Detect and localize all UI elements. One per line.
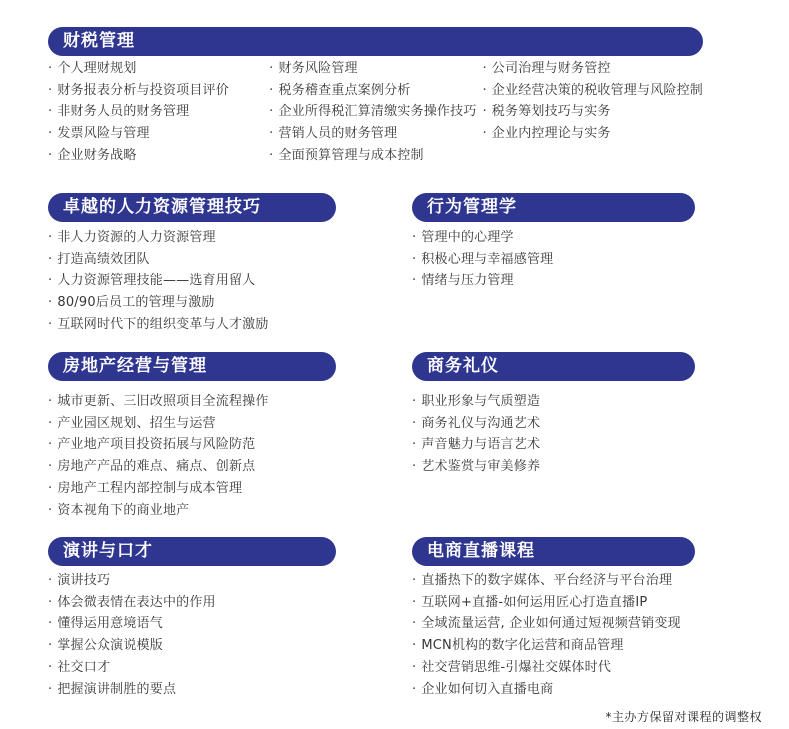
- section-header-pill: 卓越的人力资源管理技巧: [48, 193, 336, 222]
- course-item-label: 产业地产项目投资拓展与风险防范: [57, 437, 255, 452]
- course-item: ·体会微表情在表达中的作用: [48, 592, 336, 614]
- course-list: ·演讲技巧 ·体会微表情在表达中的作用 ·懂得运用意境语气 ·掌握公众演说模版 …: [48, 570, 336, 700]
- bullet-dot: ·: [48, 660, 52, 675]
- course-item: ·产业地产项目投资拓展与风险防范: [48, 434, 336, 456]
- course-item-label: 企业内控理论与实务: [492, 126, 611, 141]
- bullet-dot: ·: [48, 481, 52, 496]
- course-item-label: 财务风险管理: [279, 61, 358, 76]
- course-item: ·企业如何切入直播电商: [412, 679, 695, 701]
- course-item: ·财务风险管理: [269, 58, 482, 80]
- bullet-dot: ·: [48, 83, 52, 98]
- course-item-label: 社交营销思维-引爆社交媒体时代: [421, 660, 611, 675]
- section-header-pill: 行为管理学: [412, 193, 695, 222]
- bullet-dot: ·: [48, 252, 52, 267]
- course-item-label: 财务报表分析与投资项目评价: [57, 83, 229, 98]
- course-item: ·直播热下的数字媒体、平台经济与平台治理: [412, 570, 695, 592]
- course-list: ·非人力资源的人力资源管理 ·打造高绩效团队 ·人力资源管理技能——选育用留人 …: [48, 227, 336, 336]
- course-item: ·懂得运用意境语气: [48, 613, 336, 635]
- course-item-label: 企业经营决策的税收管理与风险控制: [492, 83, 703, 98]
- section-title: 房地产经营与管理: [63, 358, 207, 375]
- course-item-label: 管理中的心理学: [421, 230, 513, 245]
- course-item: ·打造高绩效团队: [48, 249, 336, 271]
- bullet-dot: ·: [48, 61, 52, 76]
- section-hr-skills: 卓越的人力资源管理技巧 ·非人力资源的人力资源管理 ·打造高绩效团队 ·人力资源…: [48, 193, 336, 336]
- bullet-dot: ·: [412, 638, 416, 653]
- course-item: ·资本视角下的商业地产: [48, 500, 336, 522]
- course-item: ·税务筹划技巧与实务: [482, 101, 703, 123]
- bullet-dot: ·: [48, 416, 52, 431]
- bullet-dot: ·: [412, 595, 416, 610]
- course-item-label: 人力资源管理技能——选育用留人: [57, 273, 255, 288]
- course-item-label: 税务筹划技巧与实务: [492, 104, 611, 119]
- course-item: ·管理中的心理学: [412, 227, 695, 249]
- course-item: ·社交营销思维-引爆社交媒体时代: [412, 657, 695, 679]
- course-item-label: 互联网时代下的组织变革与人才激励: [57, 317, 268, 332]
- course-item-label: 掌握公众演说模版: [57, 638, 163, 653]
- course-item-label: 产业园区规划、招生与运营: [57, 416, 215, 431]
- course-item-label: 公司治理与财务管控: [492, 61, 611, 76]
- course-item: ·发票风险与管理: [48, 123, 269, 145]
- course-item: ·非人力资源的人力资源管理: [48, 227, 336, 249]
- section-header-pill: 电商直播课程: [412, 537, 695, 566]
- course-item-label: 营销人员的财务管理: [279, 126, 398, 141]
- section-title: 电商直播课程: [427, 543, 535, 560]
- section-title: 财税管理: [63, 33, 135, 50]
- bullet-dot: ·: [269, 148, 273, 163]
- bullet-dot: ·: [412, 273, 416, 288]
- course-item: ·营销人员的财务管理: [269, 123, 482, 145]
- course-item: ·公司治理与财务管控: [482, 58, 703, 80]
- course-item-label: 社交口才: [57, 660, 110, 675]
- course-list: ·城市更新、三旧改照项目全流程操作 ·产业园区规划、招生与运营 ·产业地产项目投…: [48, 391, 336, 521]
- course-item: ·产业园区规划、招生与运营: [48, 413, 336, 435]
- course-item: ·职业形象与气质塑造: [412, 391, 695, 413]
- course-item-label: 互联网+直播-如何运用匠心打造直播IP: [421, 595, 647, 610]
- course-item-label: 声音魅力与语言艺术: [421, 437, 540, 452]
- section-title: 演讲与口才: [63, 543, 153, 560]
- bullet-dot: ·: [412, 660, 416, 675]
- course-item-label: 体会微表情在表达中的作用: [57, 595, 215, 610]
- bullet-dot: ·: [48, 595, 52, 610]
- course-item-label: 企业所得税汇算清缴实务操作技巧: [279, 104, 477, 119]
- bullet-dot: ·: [48, 126, 52, 141]
- course-item: ·MCN机构的数字化运营和商品管理: [412, 635, 695, 657]
- bullet-dot: ·: [412, 394, 416, 409]
- bullet-dot: ·: [48, 459, 52, 474]
- section-speech-eloquence: 演讲与口才 ·演讲技巧 ·体会微表情在表达中的作用 ·懂得运用意境语气 ·掌握公…: [48, 537, 336, 700]
- bullet-dot: ·: [48, 638, 52, 653]
- course-item-label: 直播热下的数字媒体、平台经济与平台治理: [421, 573, 672, 588]
- course-item: ·互联网+直播-如何运用匠心打造直播IP: [412, 592, 695, 614]
- course-item: ·城市更新、三旧改照项目全流程操作: [48, 391, 336, 413]
- bullet-dot: ·: [482, 83, 486, 98]
- section-business-etiquette: 商务礼仪 ·职业形象与气质塑造 ·商务礼仪与沟通艺术 ·声音魅力与语言艺术 ·艺…: [412, 352, 695, 478]
- course-item-label: 职业形象与气质塑造: [421, 394, 540, 409]
- course-list: ·职业形象与气质塑造 ·商务礼仪与沟通艺术 ·声音魅力与语言艺术 ·艺术鉴赏与审…: [412, 391, 695, 478]
- course-item: ·艺术鉴赏与审美修养: [412, 456, 695, 478]
- section-header-pill: 商务礼仪: [412, 352, 695, 381]
- section-behavior-management: 行为管理学 ·管理中的心理学 ·积极心理与幸福感管理 ·情绪与压力管理: [412, 193, 695, 292]
- bullet-dot: ·: [269, 61, 273, 76]
- course-item-label: 非财务人员的财务管理: [57, 104, 189, 119]
- bullet-dot: ·: [48, 573, 52, 588]
- bullet-dot: ·: [48, 503, 52, 518]
- bullet-dot: ·: [482, 104, 486, 119]
- section-title: 商务礼仪: [427, 358, 499, 375]
- course-item-label: 商务礼仪与沟通艺术: [421, 416, 540, 431]
- course-item-label: 情绪与压力管理: [421, 273, 513, 288]
- bullet-dot: ·: [412, 230, 416, 245]
- bullet-dot: ·: [48, 104, 52, 119]
- course-item: ·互联网时代下的组织变革与人才激励: [48, 314, 336, 336]
- course-item-label: 房地产产品的难点、痛点、创新点: [57, 459, 255, 474]
- course-item: ·声音魅力与语言艺术: [412, 434, 695, 456]
- course-item: ·全面预算管理与成本控制: [269, 145, 482, 167]
- bullet-dot: ·: [412, 437, 416, 452]
- course-item: ·掌握公众演说模版: [48, 635, 336, 657]
- bullet-dot: ·: [48, 682, 52, 697]
- course-item-label: 把握演讲制胜的要点: [57, 682, 176, 697]
- bullet-dot: ·: [48, 394, 52, 409]
- course-item-label: 税务稽查重点案例分析: [279, 83, 411, 98]
- bullet-dot: ·: [48, 616, 52, 631]
- course-item: ·商务礼仪与沟通艺术: [412, 413, 695, 435]
- course-item: ·积极心理与幸福感管理: [412, 249, 695, 271]
- course-list: ·个人理财规划 ·财务报表分析与投资项目评价 ·非财务人员的财务管理 ·发票风险…: [48, 58, 269, 167]
- course-item-label: 全域流量运营, 企业如何通过短视频营销变现: [421, 616, 680, 631]
- bullet-dot: ·: [48, 230, 52, 245]
- course-item-label: 企业财务战略: [57, 148, 136, 163]
- course-item-label: 80/90后员工的管理与激励: [57, 295, 214, 310]
- course-item-label: 打造高绩效团队: [57, 252, 149, 267]
- course-item-label: 资本视角下的商业地产: [57, 503, 189, 518]
- course-item-label: 房地产工程内部控制与成本管理: [57, 481, 242, 496]
- course-item-label: 发票风险与管理: [57, 126, 149, 141]
- course-item: ·个人理财规划: [48, 58, 269, 80]
- bullet-dot: ·: [48, 295, 52, 310]
- section-title: 卓越的人力资源管理技巧: [63, 199, 261, 216]
- bullet-dot: ·: [482, 126, 486, 141]
- section-header-pill: 财税管理: [48, 27, 703, 56]
- section-header-pill: 房地产经营与管理: [48, 352, 336, 381]
- bullet-dot: ·: [269, 83, 273, 98]
- course-item: ·房地产工程内部控制与成本管理: [48, 478, 336, 500]
- bullet-dot: ·: [48, 437, 52, 452]
- bullet-dot: ·: [412, 682, 416, 697]
- course-item-label: 企业如何切入直播电商: [421, 682, 553, 697]
- course-list: ·管理中的心理学 ·积极心理与幸福感管理 ·情绪与压力管理: [412, 227, 695, 292]
- course-item: ·把握演讲制胜的要点: [48, 679, 336, 701]
- course-item-label: 全面预算管理与成本控制: [279, 148, 424, 163]
- course-item: ·演讲技巧: [48, 570, 336, 592]
- footnote: *主办方保留对课程的调整权: [605, 708, 762, 725]
- course-list: ·直播热下的数字媒体、平台经济与平台治理 ·互联网+直播-如何运用匠心打造直播I…: [412, 570, 695, 700]
- course-list: ·公司治理与财务管控 ·企业经营决策的税收管理与风险控制 ·税务筹划技巧与实务 …: [482, 58, 703, 167]
- course-item-label: MCN机构的数字化运营和商品管理: [421, 638, 623, 653]
- bullet-dot: ·: [48, 148, 52, 163]
- course-item: ·税务稽查重点案例分析: [269, 80, 482, 102]
- bullet-dot: ·: [482, 61, 486, 76]
- section-header-pill: 演讲与口才: [48, 537, 336, 566]
- course-item: ·情绪与压力管理: [412, 270, 695, 292]
- course-catalog-page: 财税管理 ·个人理财规划 ·财务报表分析与投资项目评价 ·非财务人员的财务管理 …: [0, 0, 789, 729]
- course-item-label: 演讲技巧: [57, 573, 110, 588]
- course-item: ·80/90后员工的管理与激励: [48, 292, 336, 314]
- course-item: ·企业财务战略: [48, 145, 269, 167]
- course-item-label: 艺术鉴赏与审美修养: [421, 459, 540, 474]
- course-item: ·企业所得税汇算清缴实务操作技巧: [269, 101, 482, 123]
- course-item-label: 非人力资源的人力资源管理: [57, 230, 215, 245]
- finance-columns: ·个人理财规划 ·财务报表分析与投资项目评价 ·非财务人员的财务管理 ·发票风险…: [48, 58, 703, 167]
- course-item: ·财务报表分析与投资项目评价: [48, 80, 269, 102]
- bullet-dot: ·: [269, 126, 273, 141]
- course-list: ·财务风险管理 ·税务稽查重点案例分析 ·企业所得税汇算清缴实务操作技巧 ·营销…: [269, 58, 482, 167]
- course-item-label: 懂得运用意境语气: [57, 616, 163, 631]
- course-item-label: 积极心理与幸福感管理: [421, 252, 553, 267]
- course-item: ·房地产产品的难点、痛点、创新点: [48, 456, 336, 478]
- section-finance-tax: 财税管理 ·个人理财规划 ·财务报表分析与投资项目评价 ·非财务人员的财务管理 …: [48, 27, 703, 167]
- bullet-dot: ·: [412, 616, 416, 631]
- course-item-label: 个人理财规划: [57, 61, 136, 76]
- course-item-label: 城市更新、三旧改照项目全流程操作: [57, 394, 268, 409]
- bullet-dot: ·: [269, 104, 273, 119]
- section-ecommerce-livestream: 电商直播课程 ·直播热下的数字媒体、平台经济与平台治理 ·互联网+直播-如何运用…: [412, 537, 695, 700]
- section-title: 行为管理学: [427, 199, 517, 216]
- course-item: ·全域流量运营, 企业如何通过短视频营销变现: [412, 613, 695, 635]
- bullet-dot: ·: [412, 459, 416, 474]
- course-item: ·人力资源管理技能——选育用留人: [48, 270, 336, 292]
- bullet-dot: ·: [412, 252, 416, 267]
- bullet-dot: ·: [412, 573, 416, 588]
- course-item: ·社交口才: [48, 657, 336, 679]
- bullet-dot: ·: [48, 317, 52, 332]
- bullet-dot: ·: [48, 273, 52, 288]
- course-item: ·非财务人员的财务管理: [48, 101, 269, 123]
- course-item: ·企业经营决策的税收管理与风险控制: [482, 80, 703, 102]
- section-real-estate: 房地产经营与管理 ·城市更新、三旧改照项目全流程操作 ·产业园区规划、招生与运营…: [48, 352, 336, 521]
- bullet-dot: ·: [412, 416, 416, 431]
- course-item: ·企业内控理论与实务: [482, 123, 703, 145]
